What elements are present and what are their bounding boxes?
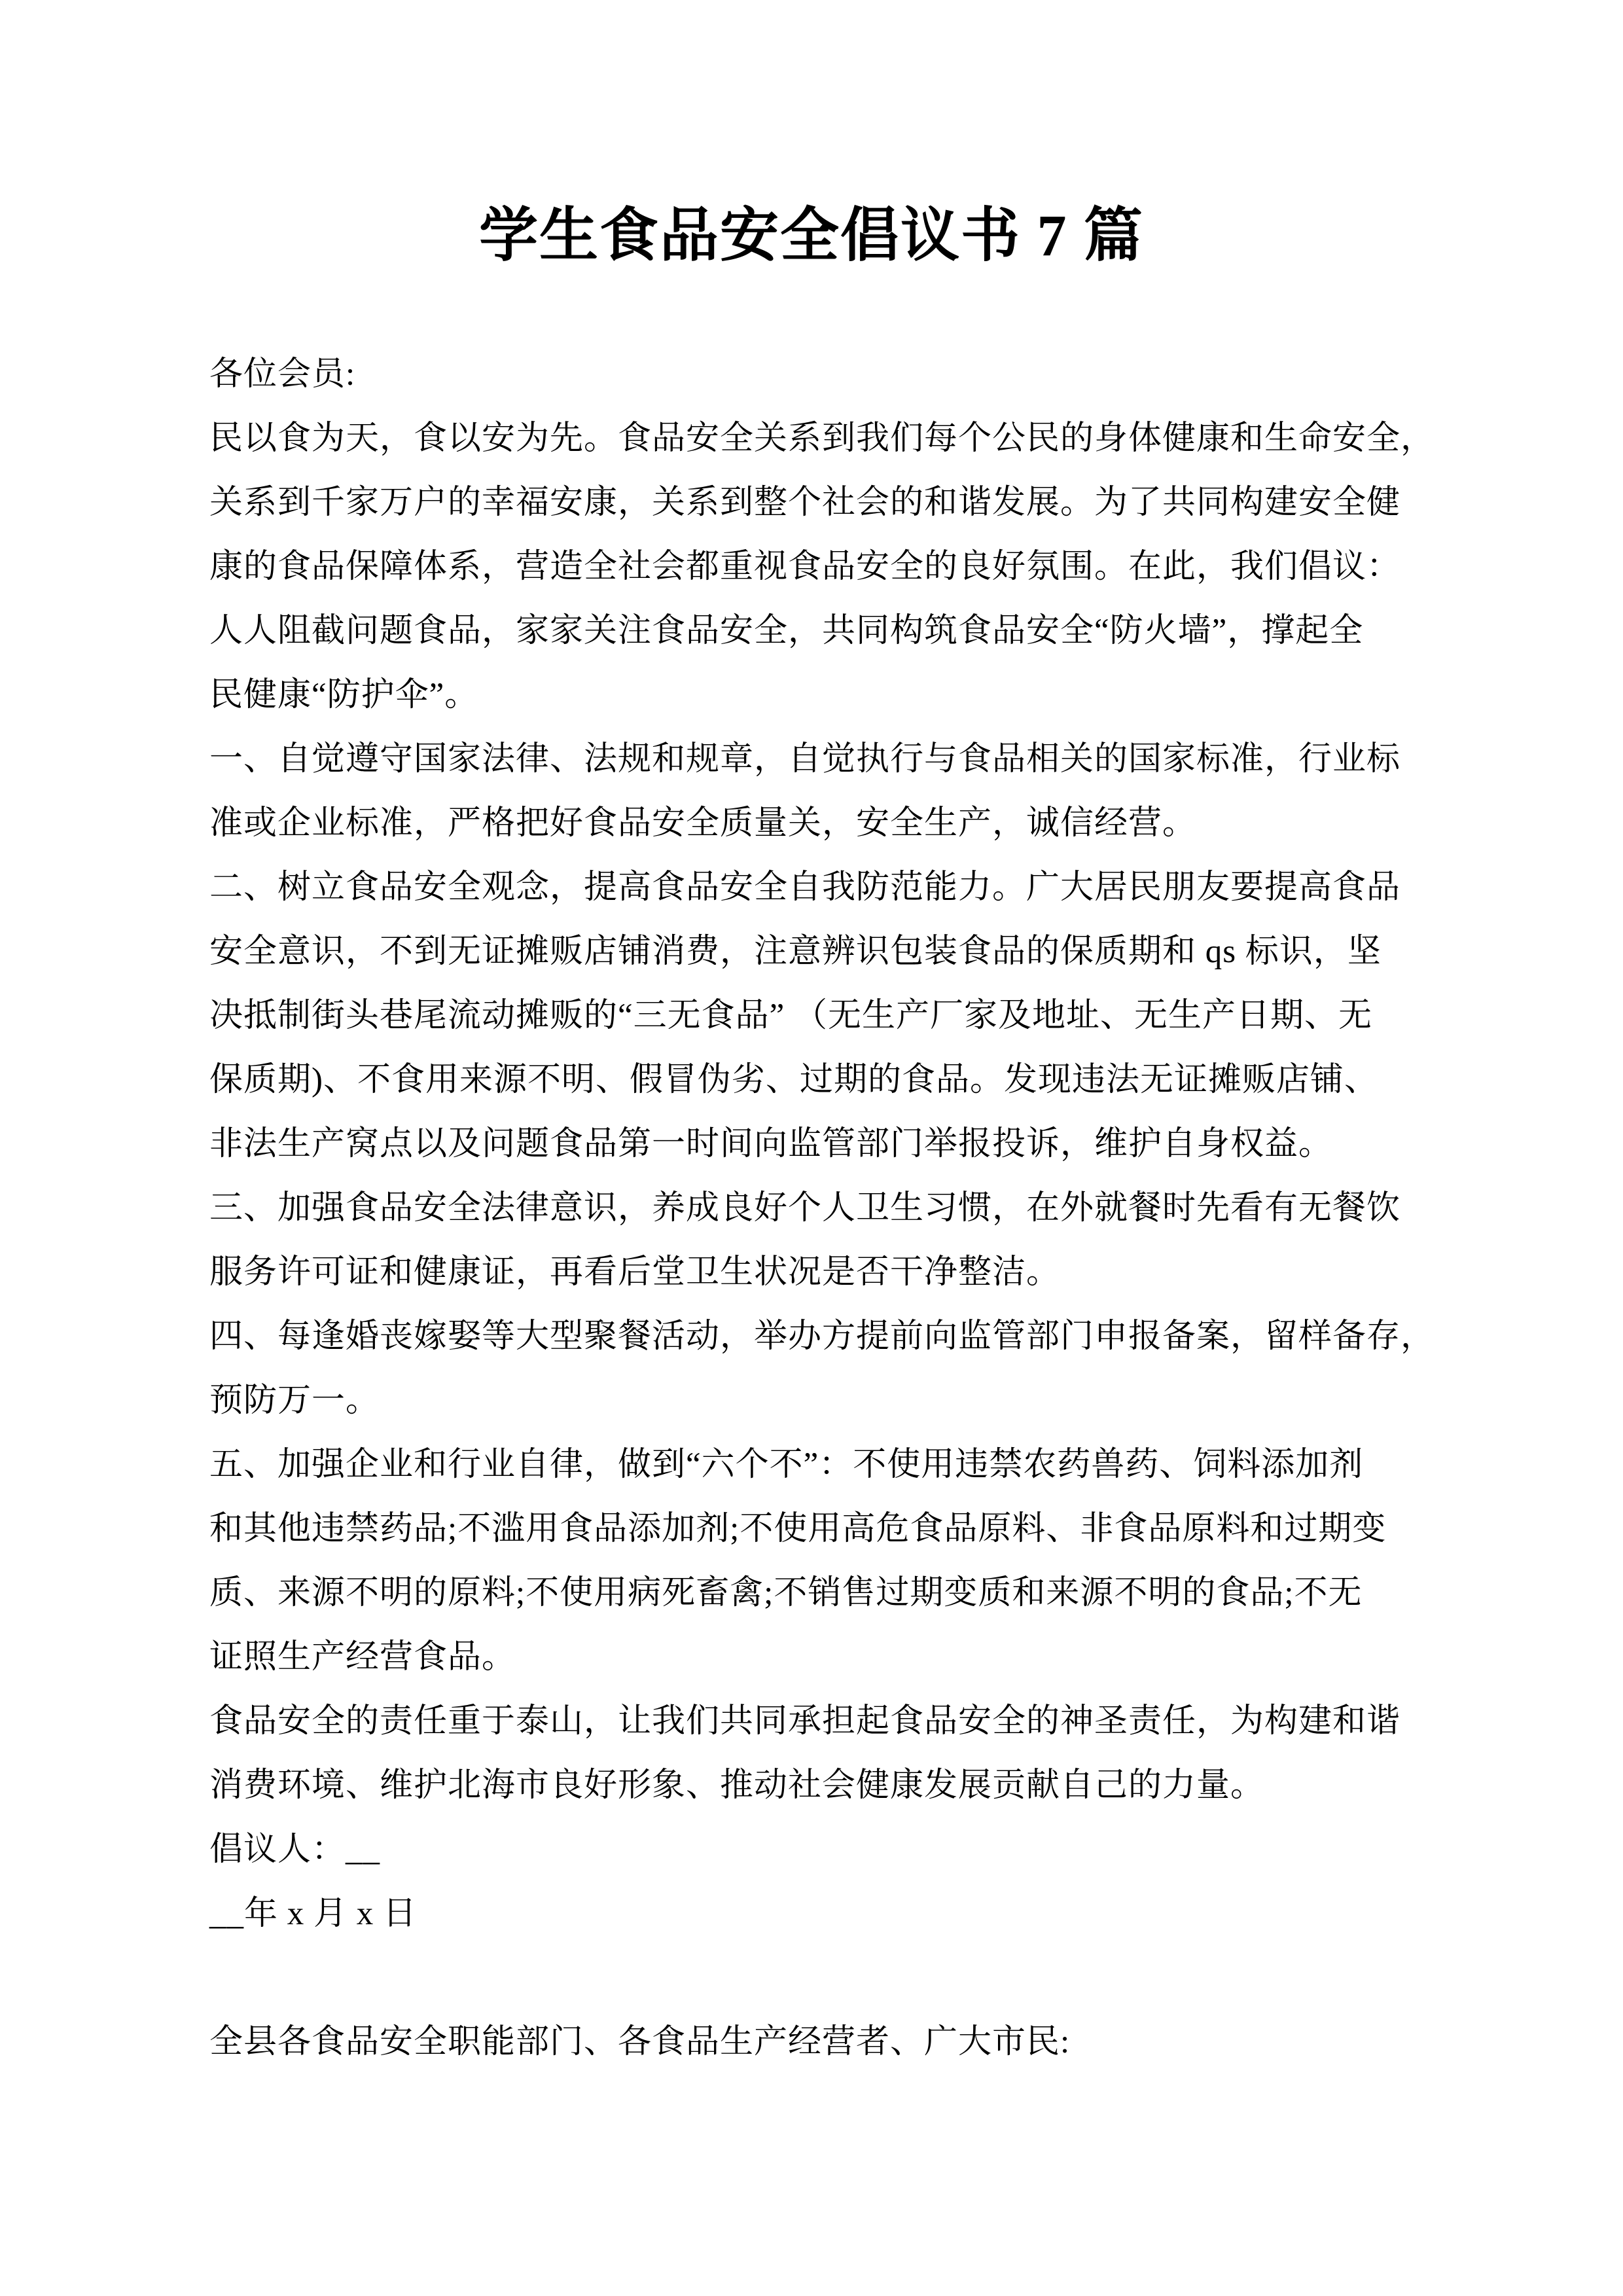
- paragraph-line: 康的食品保障体系，营造全社会都重视食品安全的良好氛围。在此，我们倡议：: [209, 535, 1414, 599]
- paragraph-line: 民健康“防护伞”。: [209, 663, 1414, 727]
- list-item-2-line: 非法生产窝点以及问题食品第一时间向监管部门举报投诉，维护自身权益。: [209, 1112, 1414, 1176]
- list-item-2-line: 保质期)、不食用来源不明、假冒伪劣、过期的食品。发现违法无证摊贩店铺、: [209, 1048, 1414, 1112]
- paragraph-line: 关系到千家万户的幸福安康，关系到整个社会的和谐发展。为了共同构建安全健: [209, 471, 1414, 535]
- list-item-5-line: 和其他违禁药品;不滥用食品添加剂;不使用高危食品原料、非食品原料和过期变: [209, 1497, 1414, 1561]
- paragraph-line: 民以食为天，食以安为先。食品安全关系到我们每个公民的身体健康和生命安全，: [209, 406, 1414, 471]
- list-item-5-line: 五、加强企业和行业自律，做到“六个不”：不使用违禁农药兽药、饲料添加剂: [209, 1433, 1414, 1497]
- salutation-line: 各位会员:: [209, 342, 1414, 406]
- document-body: 各位会员: 民以食为天，食以安为先。食品安全关系到我们每个公民的身体健康和生命安…: [209, 342, 1414, 2074]
- closing-paragraph-line: 食品安全的责任重于泰山，让我们共同承担起食品安全的神圣责任，为构建和谐: [209, 1689, 1414, 1753]
- list-item-3-line: 服务许可证和健康证，再看后堂卫生状况是否干净整洁。: [209, 1240, 1414, 1304]
- list-item-4-line: 预防万一。: [209, 1369, 1414, 1433]
- paragraph-line: 人人阻截问题食品，家家关注食品安全，共同构筑食品安全“防火墙”，撑起全: [209, 599, 1414, 663]
- blank-line: [209, 1946, 1414, 2010]
- closing-paragraph-line: 消费环境、维护北海市良好形象、推动社会健康发展贡献自己的力量。: [209, 1753, 1414, 1818]
- list-item-3-line: 三、加强食品安全法律意识，养成良好个人卫生习惯，在外就餐时先看有无餐饮: [209, 1176, 1414, 1240]
- second-salutation-line: 全县各食品安全职能部门、各食品生产经营者、广大市民:: [209, 2010, 1414, 2074]
- document-page: 学生食品安全倡议书 7 篇 各位会员: 民以食为天，食以安为先。食品安全关系到我…: [0, 0, 1623, 2296]
- list-item-2-line: 安全意识，不到无证摊贩店铺消费，注意辨识包装食品的保质期和 qs 标识，坚: [209, 920, 1414, 984]
- proposer-line: 倡议人：__: [209, 1818, 1414, 1882]
- list-item-5-line: 证照生产经营食品。: [209, 1625, 1414, 1689]
- list-item-4-line: 四、每逢婚丧嫁娶等大型聚餐活动，举办方提前向监管部门申报备案，留样备存，: [209, 1304, 1414, 1369]
- document-title: 学生食品安全倡议书 7 篇: [0, 207, 1623, 266]
- list-item-5-line: 质、来源不明的原料;不使用病死畜禽;不销售过期变质和来源不明的食品;不无: [209, 1561, 1414, 1625]
- list-item-1-line: 准或企业标准，严格把好食品安全质量关，安全生产，诚信经营。: [209, 791, 1414, 855]
- list-item-2-line: 二、树立食品安全观念，提高食品安全自我防范能力。广大居民朋友要提高食品: [209, 855, 1414, 920]
- list-item-1-line: 一、自觉遵守国家法律、法规和规章，自觉执行与食品相关的国家标准，行业标: [209, 727, 1414, 791]
- date-line: __年 x 月 x 日: [209, 1882, 1414, 1946]
- list-item-2-line: 决抵制街头巷尾流动摊贩的“三无食品” （无生产厂家及地址、无生产日期、无: [209, 984, 1414, 1048]
